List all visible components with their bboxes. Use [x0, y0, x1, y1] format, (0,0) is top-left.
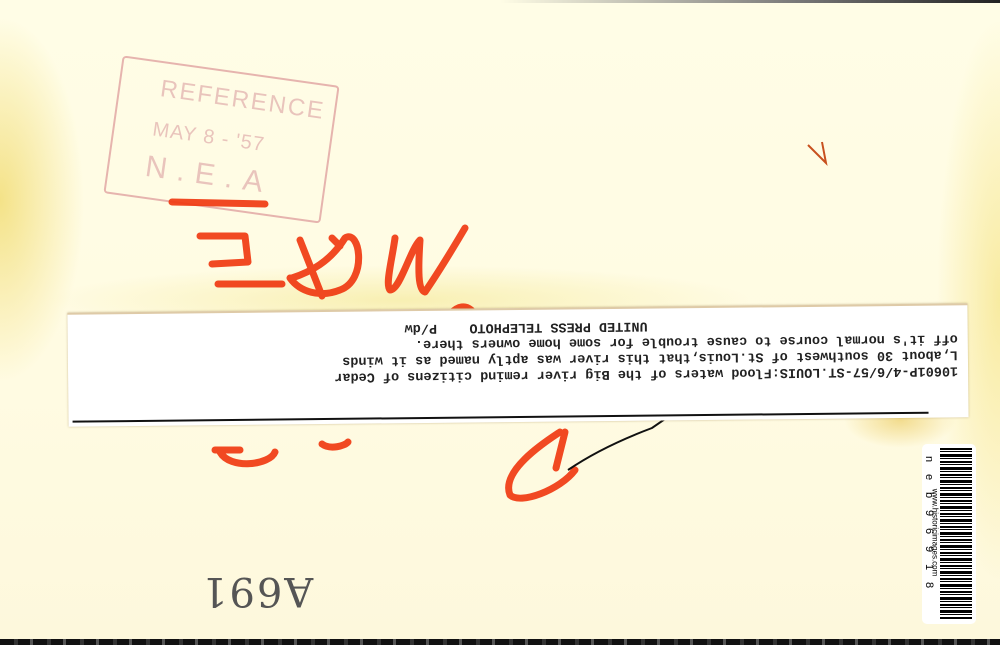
- barcode-digit: n: [920, 454, 938, 464]
- caption-text: 10601P-4/6/57-ST.LOUIS:Flood waters of t…: [98, 313, 959, 386]
- scan-bottom-edge: [0, 639, 1000, 645]
- handwritten-number: A691: [200, 568, 313, 614]
- stamp-date: MAY 8 - '57: [151, 118, 266, 157]
- stamp-agency: N.E.A: [143, 150, 275, 202]
- caption-slip: 10601P-4/6/57-ST.LOUIS:Flood waters of t…: [67, 303, 968, 426]
- barcode-label: n e b 9 6 9 1 8 www.historicimages.com: [922, 444, 976, 624]
- barcode-icon: [940, 448, 972, 620]
- stamp-line-1: REFERENCE: [158, 75, 326, 126]
- scan-top-edge: [0, 0, 1000, 3]
- barcode-url: www.historicimages.com: [931, 468, 940, 598]
